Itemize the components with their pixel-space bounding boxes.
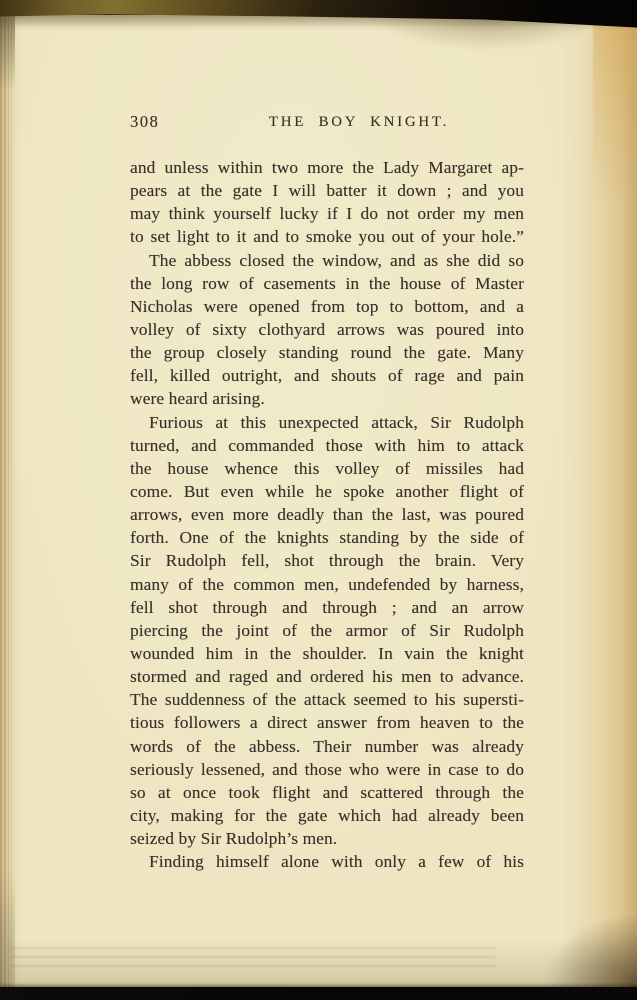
text-line: and unless within two more the Lady Marg…	[130, 156, 524, 179]
text-line: tious followers a direct answer from hea…	[130, 711, 524, 734]
text-line: forth. One of the knights standing by th…	[130, 526, 524, 549]
text-line: seriously lessened, and those who were i…	[130, 758, 524, 781]
book-scan: 308 THE BOY KNIGHT. and unless within tw…	[0, 0, 637, 1000]
text-line: the long row of casements in the house o…	[130, 272, 524, 295]
text-line: Finding himself alone with only a few of…	[130, 850, 524, 873]
text-line: arrows, even more deadly than the last, …	[130, 503, 524, 526]
text-line: wounded him in the shoulder. In vain the…	[130, 642, 524, 665]
text-line: turned, and commanded those with him to …	[130, 434, 524, 457]
text-block: and unless within two more the Lady Marg…	[130, 156, 524, 873]
page-number: 308	[130, 112, 159, 132]
paragraph: The abbess closed the window, and as she…	[130, 249, 524, 411]
text-line: Sir Rudolph fell, shot through the brain…	[130, 549, 524, 572]
paragraph: Finding himself alone with only a few of…	[130, 850, 524, 873]
text-line: seized by Sir Rudolph’s men.	[130, 827, 524, 850]
text-line: many of the common men, undefended by ha…	[130, 573, 524, 596]
text-line: were heard arising.	[130, 387, 524, 410]
text-line: The abbess closed the window, and as she…	[130, 249, 524, 272]
text-line: words of the abbess. Their number was al…	[130, 735, 524, 758]
text-line: may think yourself lucky if I do not ord…	[130, 202, 524, 225]
text-line: to set light to it and to smoke you out …	[130, 225, 524, 248]
text-line: fell, killed outright, and shouts of rag…	[130, 364, 524, 387]
text-line: city, making for the gate which had alre…	[130, 804, 524, 827]
text-line: volley of sixty clothyard arrows was pou…	[130, 318, 524, 341]
text-line: come. But even while he spoke another fl…	[130, 480, 524, 503]
page-content: 308 THE BOY KNIGHT. and unless within tw…	[0, 0, 637, 1000]
text-line: The suddenness of the attack seemed to h…	[130, 688, 524, 711]
page-header: 308 THE BOY KNIGHT.	[130, 112, 524, 134]
text-line: Furious at this unexpected attack, Sir R…	[130, 411, 524, 434]
paragraph: and unless within two more the Lady Marg…	[130, 156, 524, 249]
text-line: pears at the gate I will batter it down …	[130, 179, 524, 202]
text-line: so at once took flight and scattered thr…	[130, 781, 524, 804]
text-line: the house whence this volley of missiles…	[130, 457, 524, 480]
text-line: piercing the joint of the armor of Sir R…	[130, 619, 524, 642]
running-title: THE BOY KNIGHT.	[269, 114, 449, 131]
text-line: stormed and raged and ordered his men to…	[130, 665, 524, 688]
text-line: Nicholas were opened from top to bottom,…	[130, 295, 524, 318]
text-line: the group closely standing round the gat…	[130, 341, 524, 364]
text-line: fell shot through and through ; and an a…	[130, 596, 524, 619]
paragraph: Furious at this unexpected attack, Sir R…	[130, 411, 524, 851]
